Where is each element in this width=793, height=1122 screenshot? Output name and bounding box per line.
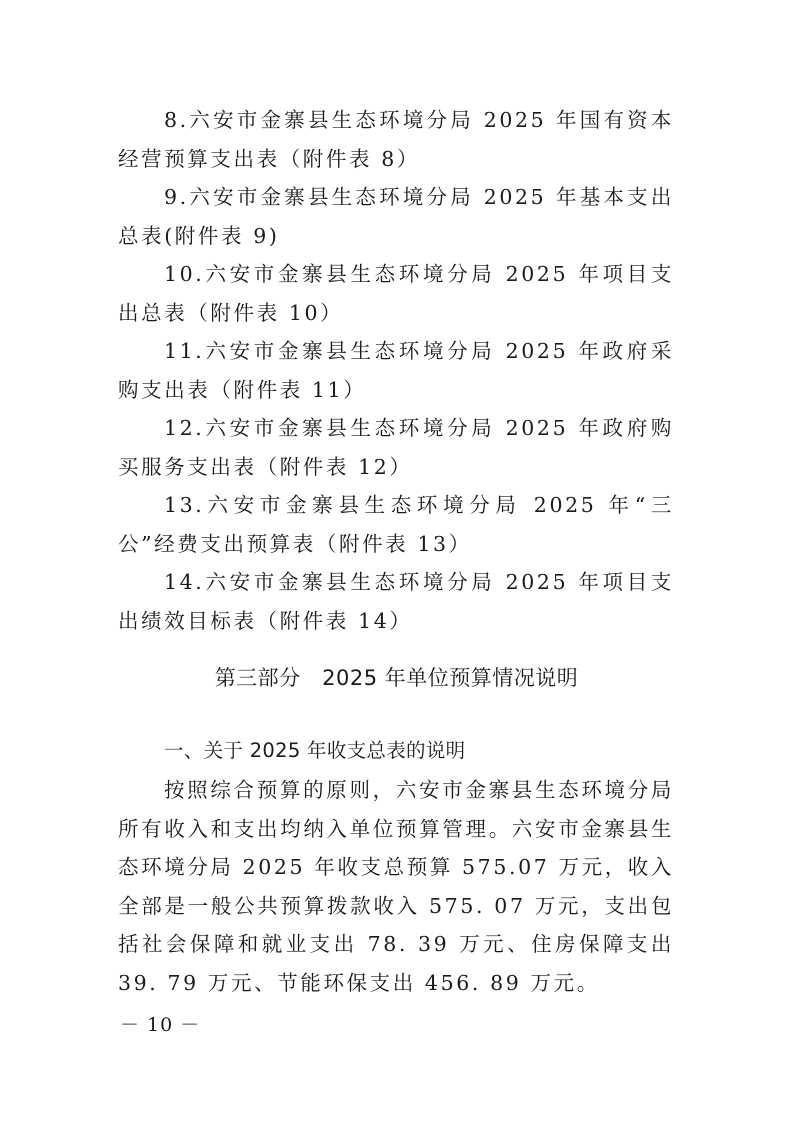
attachment-list: 8.六安市金寨县生态环境分局 2025 年国有资本经营预算支出表（附件表 8） … xyxy=(118,101,674,640)
section-body: 按照综合预算的原则，六安市金寨县生态环境分局所有收入和支出均纳入单位预算管理。六… xyxy=(118,771,674,1002)
attachment-item-10: 10.六安市金寨县生态环境分局 2025 年项目支出总表（附件表 10） xyxy=(118,255,674,332)
budget-explanation-paragraph: 按照综合预算的原则，六安市金寨县生态环境分局所有收入和支出均纳入单位预算管理。六… xyxy=(118,771,674,1002)
page-number: － 10 － xyxy=(120,1013,200,1037)
attachment-item-11: 11.六安市金寨县生态环境分局 2025 年政府采购支出表（附件表 11） xyxy=(118,332,674,409)
attachment-item-8: 8.六安市金寨县生态环境分局 2025 年国有资本经营预算支出表（附件表 8） xyxy=(118,101,674,178)
document-page: 8.六安市金寨县生态环境分局 2025 年国有资本经营预算支出表（附件表 8） … xyxy=(0,0,793,1122)
section-heading: 一、关于 2025 年收支总表的说明 xyxy=(164,736,465,766)
part-title: 第三部分 2025 年单位预算情况说明 xyxy=(0,660,793,696)
attachment-item-14: 14.六安市金寨县生态环境分局 2025 年项目支出绩效目标表（附件表 14） xyxy=(118,563,674,640)
attachment-item-12: 12.六安市金寨县生态环境分局 2025 年政府购买服务支出表（附件表 12） xyxy=(118,409,674,486)
attachment-item-9: 9.六安市金寨县生态环境分局 2025 年基本支出总表(附件表 9) xyxy=(118,178,674,255)
attachment-item-13: 13.六安市金寨县生态环境分局 2025 年“三公”经费支出预算表（附件表 13… xyxy=(118,486,674,563)
